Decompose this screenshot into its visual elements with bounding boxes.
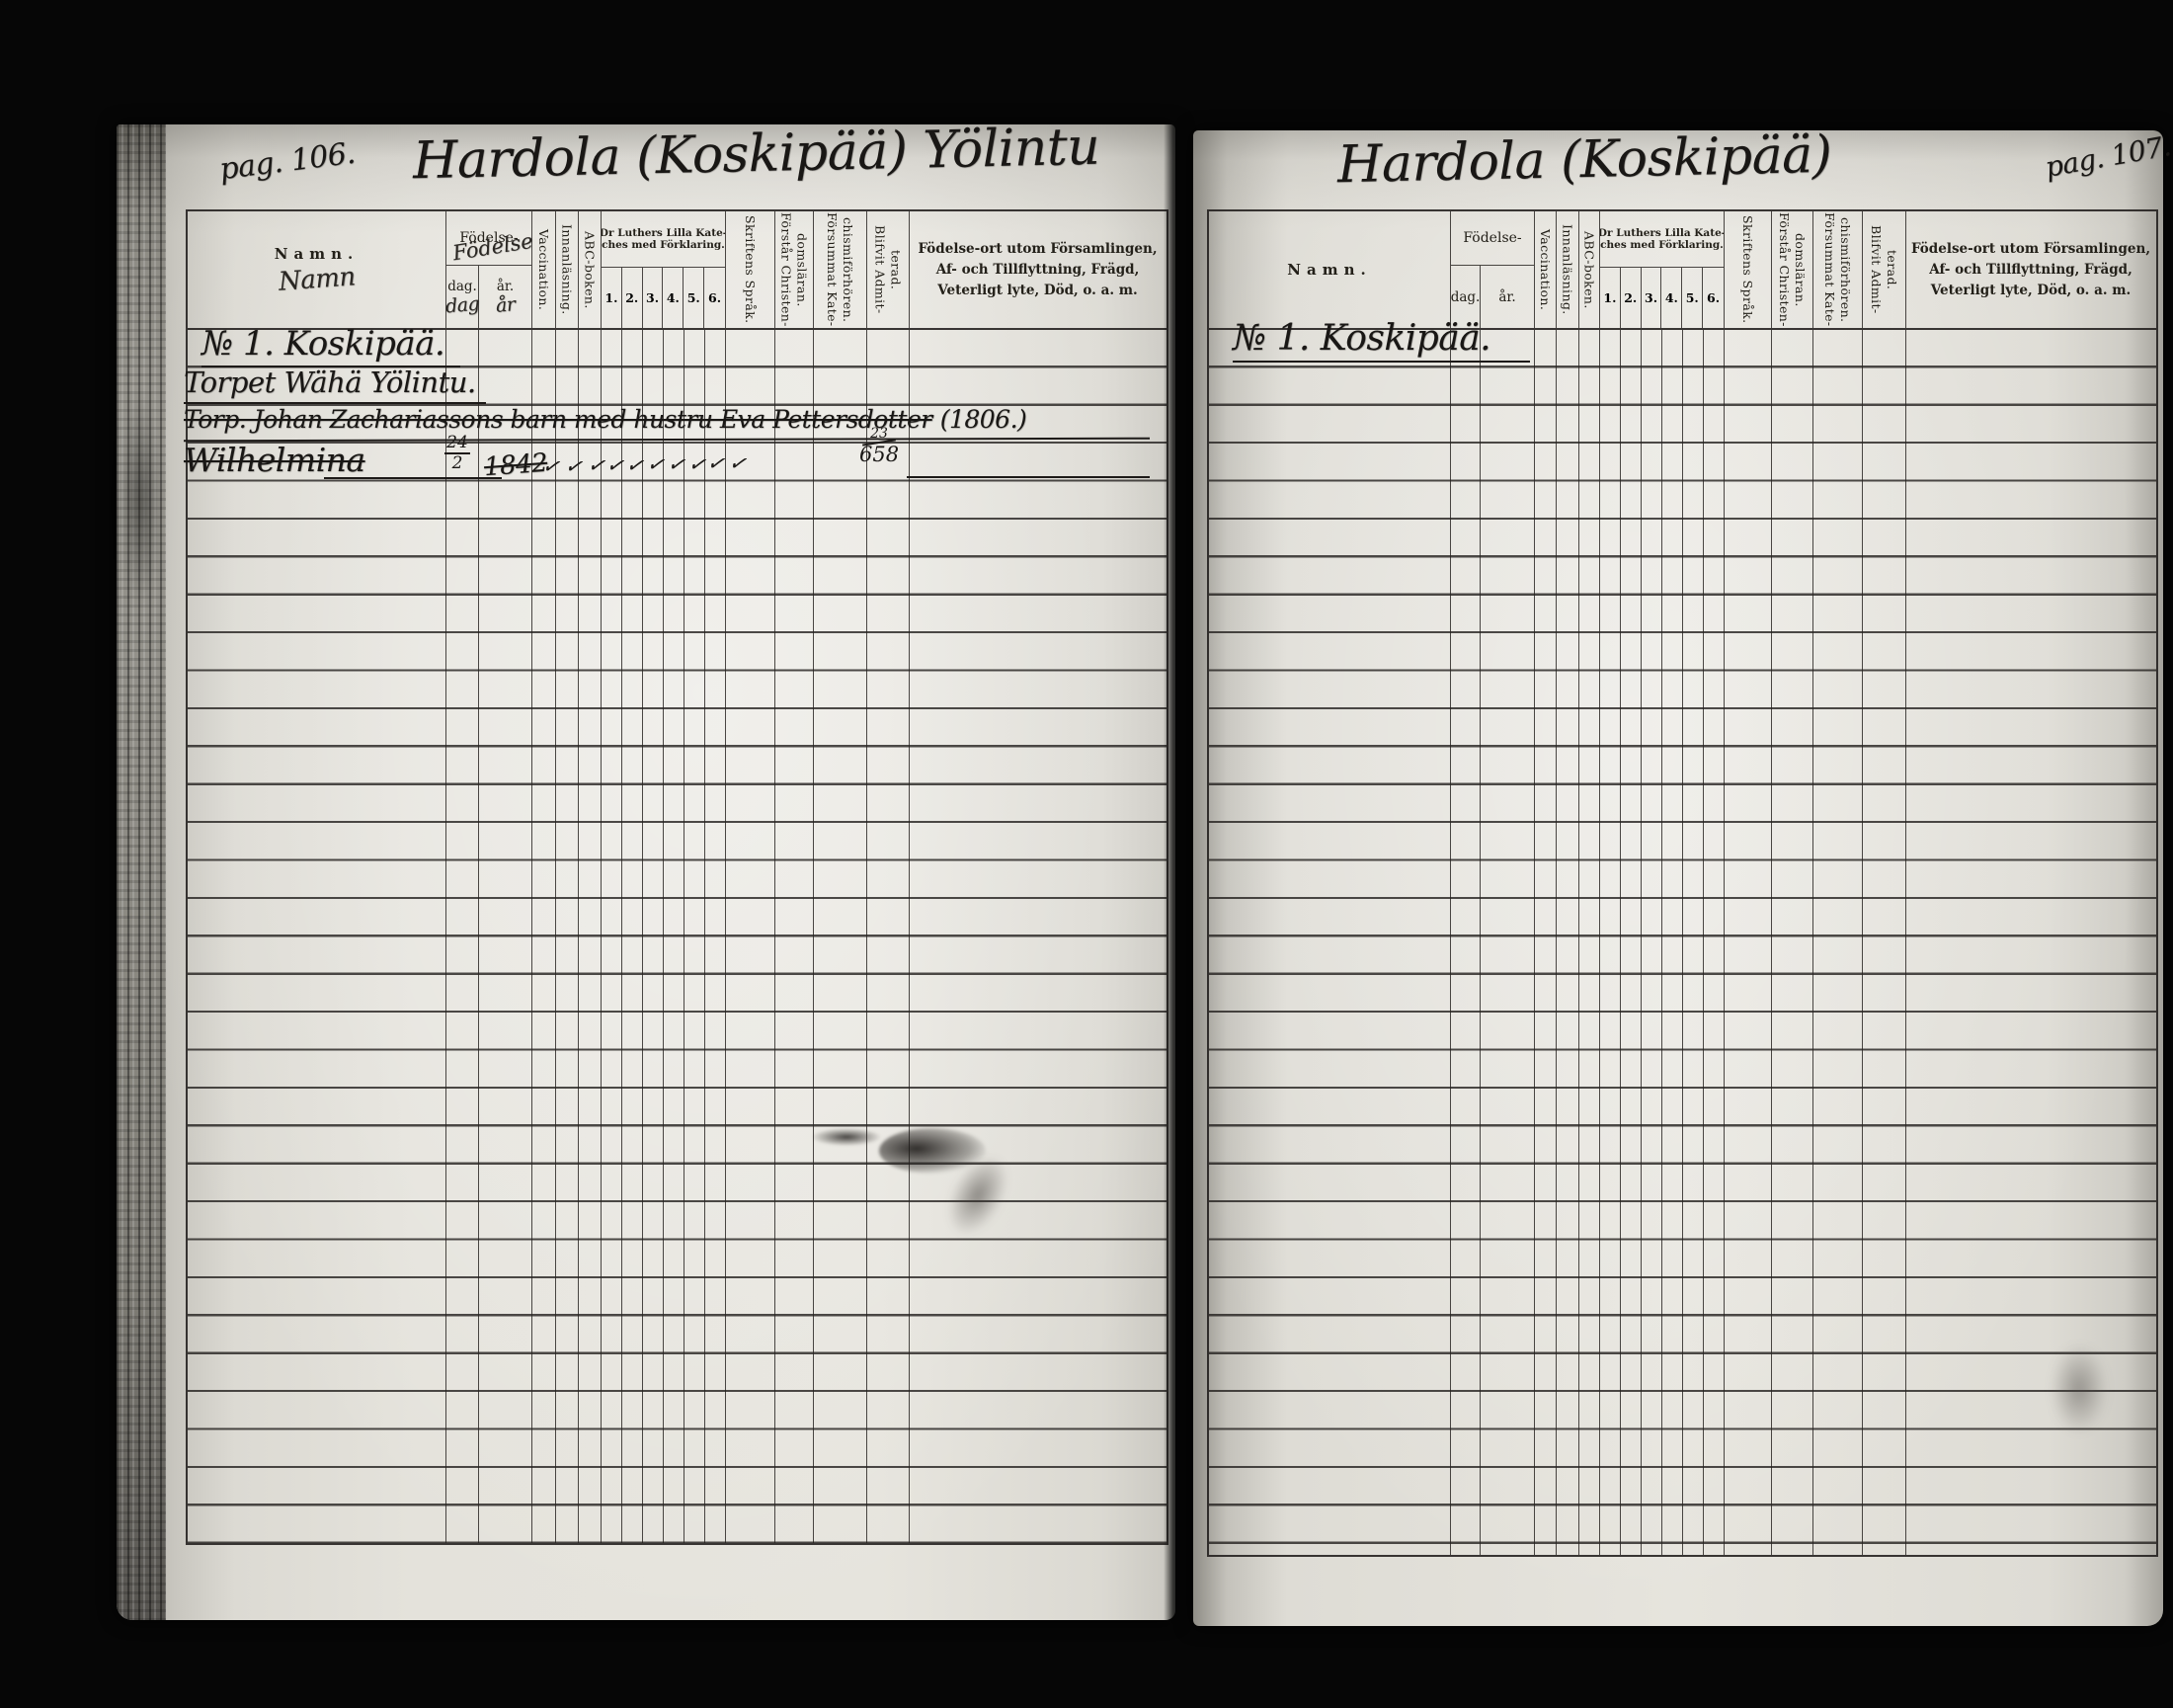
table-column-rule: [1481, 330, 1535, 1555]
table-column-rule: [1725, 330, 1772, 1555]
dag-handwritten-echo: dag: [444, 292, 480, 317]
col-header-fodelseort-notes: Födelse-ort utom Församlingen, Af- och T…: [1906, 211, 2155, 328]
fodelse-label: Födelse-: [1463, 230, 1521, 246]
col-header-skriftens-sprak: Skriftens Språk.: [726, 211, 775, 328]
birth-year-value: 1842: [483, 448, 548, 482]
katekes-group-label: Dr Luthers Lilla Kate- ches med Förklari…: [1600, 211, 1724, 268]
col-header-namn: Namn. Namn: [188, 211, 446, 328]
admitted-reference-fraction: 23 658: [859, 427, 899, 465]
col-header-abc-boken: ABC-boken.: [1579, 211, 1600, 328]
col-header-forstar-christendomslaran: Förstår Christen- domsläran.: [1772, 211, 1813, 328]
table-column-rule: [1557, 330, 1579, 1555]
namn-handwritten-echo: Namn: [278, 262, 357, 296]
table-column-rule: [1451, 330, 1481, 1555]
fodelse-group-label: Födelse-: [1451, 211, 1534, 266]
tick-katekes-1: ✓: [604, 452, 625, 478]
left-page: pag. 106. Hardola (Koskipää) Yölintu Nam…: [117, 124, 1175, 1620]
table-column-rule: [1863, 330, 1906, 1555]
col-header-katekes-1: 1.: [1600, 268, 1621, 328]
tick-katekes-2: ✓: [624, 452, 645, 478]
book-spine-shadow: [1164, 122, 1197, 1626]
faint-smudge: [2051, 1343, 2108, 1434]
table-column-rule: [1704, 330, 1725, 1555]
table-column-rule: [910, 330, 1166, 1543]
col-header-forsummat-katechismiforhoren: Försummat Kate- chismiförhören.: [1813, 211, 1863, 328]
col-header-katekes-group: Dr Luthers Lilla Kate- ches med Förklari…: [1600, 211, 1725, 328]
col-header-abc-boken: ABC-boken.: [579, 211, 602, 328]
table-column-rule: [622, 330, 643, 1543]
col-header-katekes-6: 6.: [704, 268, 725, 328]
col-header-katekes-4: 4.: [1661, 268, 1682, 328]
col-header-fodelse-group: Födelse- dag. år.: [1451, 211, 1535, 328]
col-header-katekes-group: Dr Luthers Lilla Kate- ches med Förklari…: [602, 211, 726, 328]
col-header-fodelseort-notes: Födelse-ort utom Församlingen, Af- och T…: [910, 211, 1166, 328]
table-header-left: Namn. Namn Födelse- Födelse dag. dag: [188, 211, 1167, 330]
col-header-namn: Namn.: [1209, 211, 1451, 328]
right-page: Hardola (Koskipää) pag. 107. Namn. Födel…: [1193, 130, 2163, 1626]
table-column-rule: [1535, 330, 1557, 1555]
table-column-rule: [1813, 330, 1863, 1555]
page-number-right: pag. 107.: [2043, 129, 2173, 184]
table-column-rule: [479, 330, 532, 1543]
birth-day-numerator: 24: [446, 435, 468, 451]
fodelse-group-label: Födelse- Födelse: [446, 211, 531, 266]
col-header-katekes-2: 2.: [1621, 268, 1642, 328]
tick-katekes-6: ✓: [705, 450, 726, 476]
ar-handwritten-echo: år: [495, 293, 516, 317]
entry-row-parents: Torp. Johan Zachariassons barn med hustr…: [184, 405, 1026, 434]
page-title-right: Hardola (Koskipää): [1336, 125, 1832, 195]
col-header-katekes-6: 6.: [1703, 268, 1724, 328]
col-header-vaccination: Vaccination.: [532, 211, 556, 328]
table-column-rule: [664, 330, 684, 1543]
table-column-rule: [188, 330, 446, 1543]
table-column-rule: [602, 330, 622, 1543]
table-column-rule: [1683, 330, 1704, 1555]
tick-katekes-4: ✓: [666, 451, 686, 477]
table-column-rule: [1662, 330, 1683, 1555]
table-column-rule: [556, 330, 579, 1543]
entry-heading-no1-koskipaa: № 1. Koskipää.: [201, 324, 460, 367]
table-column-rule: [1579, 330, 1600, 1555]
col-header-katekes-5: 5.: [1682, 268, 1703, 328]
admit-denominator: 658: [859, 445, 899, 465]
admit-numerator: 23: [870, 427, 888, 441]
col-header-forstar-christendomslaran: Förstår Christen- domsläran.: [775, 211, 814, 328]
table-column-rule: [1621, 330, 1642, 1555]
table-column-rule: [867, 330, 910, 1543]
book-page-edges: [117, 124, 166, 1620]
parents-birth-year: (1806.): [940, 405, 1027, 434]
col-header-blifvit-admitterad: Blifvit Admit- terad.: [867, 211, 910, 328]
table-column-rule: [579, 330, 602, 1543]
table-body-left: [188, 330, 1167, 1543]
birth-date-fraction: 24 2: [444, 435, 470, 472]
col-header-blifvit-admitterad: Blifvit Admit- terad.: [1863, 211, 1906, 328]
col-header-katekes-3: 3.: [1642, 268, 1662, 328]
col-header-vaccination: Vaccination.: [1535, 211, 1557, 328]
table-column-rule: [1772, 330, 1813, 1555]
tick-skriftens-sprak: ✓: [727, 450, 748, 476]
namn-label: Namn.: [275, 245, 359, 263]
table-column-rule: [1600, 330, 1621, 1555]
table-column-rule: [643, 330, 664, 1543]
table-column-rule: [1906, 330, 2155, 1555]
entry-torpet-waha-yolintu: Torpet Wähä Yölintu.: [184, 366, 486, 404]
table-header-right: Namn. Födelse- dag. år.: [1209, 211, 2156, 330]
scanned-book-spread: pag. 106. Hardola (Koskipää) Yölintu Nam…: [0, 0, 2173, 1708]
col-header-fodelse-group: Födelse- Födelse dag. dag år. år: [446, 211, 532, 328]
record-table-right: Namn. Födelse- dag. år.: [1207, 209, 2158, 1557]
col-header-skriftens-sprak: Skriftens Språk.: [1725, 211, 1772, 328]
table-column-rule: [684, 330, 705, 1543]
page-number-left: pag. 106.: [217, 136, 357, 188]
col-header-katekes-1: 1.: [602, 268, 622, 328]
table-column-rule: [705, 330, 726, 1543]
tick-innanlasning: ✓: [563, 453, 584, 479]
table-body-right: [1209, 330, 2156, 1555]
col-header-ar: år. år: [479, 266, 531, 328]
entry-row4-underline-name: [324, 477, 502, 479]
table-column-rule: [814, 330, 867, 1543]
col-header-katekes-3: 3.: [643, 268, 664, 328]
tick-vaccination: ✓: [540, 453, 561, 479]
entry-wilhelmina: Wilhelmina: [184, 441, 365, 479]
col-header-innanlasning: Innanläsning.: [1557, 211, 1579, 328]
edge-shadow-blotch: [121, 391, 160, 609]
katekes-group-label: Dr Luthers Lilla Kate- ches med Förklari…: [602, 211, 725, 268]
table-column-rule: [446, 330, 479, 1543]
table-column-rule: [532, 330, 556, 1543]
parents-name-text: Torp. Johan Zachariassons barn med hustr…: [184, 405, 932, 434]
col-header-innanlasning: Innanläsning.: [556, 211, 579, 328]
tick-katekes-3: ✓: [645, 451, 666, 477]
page-title-left: Hardola (Koskipää) Yölintu: [412, 118, 1099, 192]
namn-label: Namn.: [1287, 261, 1371, 279]
entry-heading-no1-koskipaa: № 1. Koskipää.: [1233, 318, 1530, 363]
col-header-dag: dag. dag: [446, 266, 479, 328]
col-header-forsummat-katechismiforhoren: Försummat Kate- chismiförhören.: [814, 211, 867, 328]
col-header-katekes-4: 4.: [663, 268, 684, 328]
ink-scribble: [812, 1128, 881, 1146]
table-column-rule: [726, 330, 775, 1543]
col-header-katekes-5: 5.: [684, 268, 704, 328]
tick-abc-boken: ✓: [586, 452, 606, 478]
birth-day-denominator: 2: [452, 455, 463, 472]
entry-row4-underline-notes: [907, 476, 1150, 478]
table-column-rule: [1642, 330, 1662, 1555]
table-column-rule: [1209, 330, 1451, 1555]
table-column-rule: [775, 330, 814, 1543]
col-header-katekes-2: 2.: [622, 268, 643, 328]
